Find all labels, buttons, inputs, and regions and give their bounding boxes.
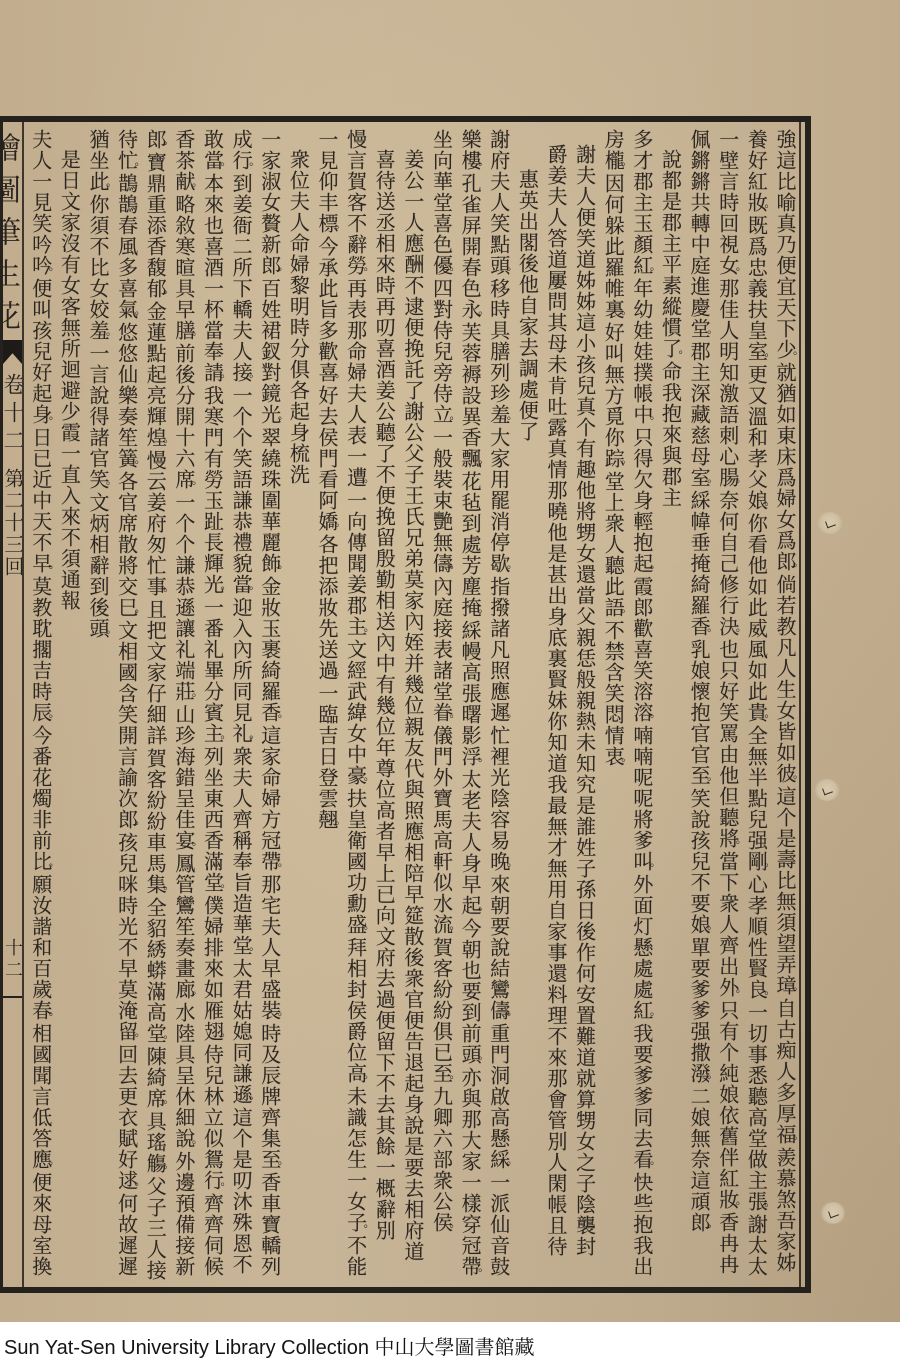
punctuation-circle: 。 bbox=[443, 1224, 454, 1226]
punctuation-circle: 。 bbox=[700, 777, 711, 779]
punctuation-circle: 。 bbox=[471, 311, 482, 313]
text-column: 待忙。鵲鵲春風多喜氣。悠悠仙樂奏笙簧。各官席散將交巳。文相國含笑開言諭次郎。孩兒… bbox=[112, 123, 141, 1287]
punctuation-circle: 。 bbox=[242, 947, 253, 949]
punctuation-circle: 。 bbox=[786, 775, 797, 777]
punctuation-circle: 。 bbox=[185, 991, 196, 993]
punctuation-circle: 。 bbox=[729, 1201, 740, 1203]
punctuation-circle: 。 bbox=[643, 267, 654, 269]
punctuation-circle: 。 bbox=[242, 735, 253, 737]
punctuation-circle: 。 bbox=[156, 1100, 167, 1102]
binding-hole bbox=[820, 1202, 846, 1224]
punctuation-circle: 。 bbox=[271, 565, 282, 567]
punctuation-circle: 。 bbox=[500, 267, 511, 269]
text-column: 惠英出閣後他自家去調處便了 bbox=[513, 123, 542, 1287]
frame-border-right-outer bbox=[805, 116, 811, 1293]
punctuation-circle: 。 bbox=[328, 374, 339, 376]
punctuation-circle: 。 bbox=[443, 1075, 454, 1077]
punctuation-circle: 。 bbox=[185, 332, 196, 334]
text-body: 強這比喻真乃便宜天下少。就猶如東床爲婦女爲郎。倘若教凡人生女皆如彼。這个是壽比無… bbox=[26, 123, 799, 1287]
text-column: 夫人一見笑吟吟。便叫孩兒好起身。日已近中天不早。莫教耽擱吉時辰。今番花燭非前比。… bbox=[26, 123, 55, 1287]
frame-border-bottom bbox=[0, 1287, 811, 1293]
punctuation-circle: 。 bbox=[643, 416, 654, 418]
punctuation-circle: 。 bbox=[185, 183, 196, 185]
punctuation-circle: 。 bbox=[128, 460, 139, 462]
punctuation-circle: 。 bbox=[214, 374, 225, 376]
text-column: 房櫳。因何躲此羅帷裏。好叫無方覓你踪。堂上衆人聽此語。不禁含笑悶情衷。 bbox=[599, 123, 628, 1287]
punctuation-circle: 。 bbox=[185, 1140, 196, 1142]
punctuation-circle: 。 bbox=[328, 523, 339, 525]
punctuation-circle: 。 bbox=[700, 628, 711, 630]
text-column: 強這比喻真乃便宜天下少。就猶如東床爲婦女爲郎。倘若教凡人生女皆如彼。這个是壽比無… bbox=[770, 123, 799, 1287]
punctuation-circle: 。 bbox=[443, 565, 454, 567]
text-column: 一家淑女贅新郎。百姓裙釵對鏡光。翠繞珠圍華麗飾。金妝玉裹綺羅香。這家命婦方冠帶。… bbox=[255, 123, 284, 1287]
center-strip: 繪圖筆生花 卷十二 第二十三回 十二 bbox=[3, 123, 22, 1287]
punctuation-circle: 。 bbox=[99, 183, 110, 185]
punctuation-circle: 。 bbox=[757, 714, 768, 716]
punctuation-circle: 。 bbox=[271, 416, 282, 418]
punctuation-circle: 。 bbox=[672, 350, 683, 352]
text-column: 衆位夫人命婦黎明時分俱各起身梳洗 bbox=[284, 123, 313, 1287]
punctuation-circle: 。 bbox=[500, 416, 511, 418]
punctuation-circle: 。 bbox=[156, 439, 167, 441]
punctuation-circle: 。 bbox=[357, 777, 368, 779]
punctuation-circle: 。 bbox=[42, 863, 53, 865]
frame-border-top bbox=[0, 116, 811, 122]
punctuation-circle: 。 bbox=[128, 1033, 139, 1035]
punctuation-circle: 。 bbox=[185, 481, 196, 483]
text-column: 香茶献。略敘寒暄具早膳。前後分開十六席。一个个謙恭遜讓礼端莊。山珍海錯呈佳宴。鳳… bbox=[169, 123, 198, 1287]
punctuation-circle: 。 bbox=[128, 821, 139, 823]
text-column: 養好紅妝。既爲忠義扶皇室。更又溫和孝父娘。你看他如此威風如此貴。全無半點兒强剛。… bbox=[742, 123, 771, 1287]
punctuation-circle: 。 bbox=[786, 987, 797, 989]
punctuation-circle: 。 bbox=[271, 714, 282, 716]
punctuation-circle: 。 bbox=[471, 907, 482, 909]
punctuation-circle: 。 bbox=[42, 1012, 53, 1014]
punctuation-circle: 。 bbox=[471, 758, 482, 760]
punctuation-circle: 。 bbox=[357, 926, 368, 928]
punctuation-circle: 。 bbox=[357, 1075, 368, 1077]
punctuation-circle: 。 bbox=[700, 1224, 711, 1226]
punctuation-circle: 。 bbox=[471, 460, 482, 462]
punctuation-circle: 。 bbox=[271, 1161, 282, 1163]
text-column: 佩鏘鏘共轉中庭進慶堂。郡主深藏慈母室。綵幃垂掩綺羅香。乳娘懷抱官官至。笑說孩兒不… bbox=[685, 123, 714, 1287]
punctuation-circle: 。 bbox=[214, 586, 225, 588]
punctuation-circle: 。 bbox=[643, 863, 654, 865]
punctuation-circle: 。 bbox=[500, 1012, 511, 1014]
punctuation-circle: 。 bbox=[328, 672, 339, 674]
punctuation-circle: 。 bbox=[42, 267, 53, 269]
punctuation-circle: 。 bbox=[242, 374, 253, 376]
punctuation-circle: 。 bbox=[757, 502, 768, 504]
punctuation-circle: 。 bbox=[729, 628, 740, 630]
punctuation-circle: 。 bbox=[643, 1012, 654, 1014]
punctuation-circle: 。 bbox=[42, 565, 53, 567]
text-column: 姜公一人應酬不逮便挽託了謝公父子王氏兄弟莫家內姪并幾位親友代與照應相陪早筵散後衆… bbox=[398, 123, 427, 1287]
text-column: 喜待送丞相來時再叨喜酒姜公聽了不便挽留殷勤相送內中有幾位年尊位高者早上已向文府去… bbox=[370, 123, 399, 1287]
frame-border-right-inner bbox=[799, 116, 801, 1293]
punctuation-circle: 。 bbox=[786, 1136, 797, 1138]
text-column: 是日文家沒有女客無所迴避少霞一直入來不須通報 bbox=[55, 123, 84, 1287]
punctuation-circle: 。 bbox=[242, 162, 253, 164]
punctuation-circle: 。 bbox=[328, 821, 339, 823]
punctuation-circle: 。 bbox=[500, 565, 511, 567]
chapter-label: 第二十三回 bbox=[3, 468, 22, 578]
punctuation-circle: 。 bbox=[643, 565, 654, 567]
punctuation-circle: 。 bbox=[185, 842, 196, 844]
punctuation-circle: 。 bbox=[214, 1033, 225, 1035]
punctuation-circle: 。 bbox=[214, 1182, 225, 1184]
punctuation-circle: 。 bbox=[471, 162, 482, 164]
punctuation-circle: 。 bbox=[471, 1056, 482, 1058]
punctuation-circle: 。 bbox=[42, 1161, 53, 1163]
punctuation-circle: 。 bbox=[128, 609, 139, 611]
text-column: 爵姜夫人答道屢問其母未肯吐露真情那曉他是甚出身底裏賢妹你知道我最無才無用自家事還… bbox=[541, 123, 570, 1287]
punctuation-circle: 。 bbox=[700, 1075, 711, 1077]
punctuation-circle: 。 bbox=[614, 609, 625, 611]
punctuation-circle: 。 bbox=[156, 737, 167, 739]
punctuation-circle: 。 bbox=[128, 311, 139, 313]
punctuation-circle: 。 bbox=[156, 141, 167, 143]
punctuation-circle: 。 bbox=[242, 1096, 253, 1098]
strip-rule bbox=[3, 996, 22, 998]
text-column: 成行。到姜衙二所下轎夫人接。一个个笑語謙恭禮貌當。迎入內所同見礼。衆夫人齊稱奉旨… bbox=[227, 123, 256, 1287]
punctuation-circle: 。 bbox=[729, 840, 740, 842]
punctuation-circle: 。 bbox=[786, 351, 797, 353]
punctuation-circle: 。 bbox=[99, 332, 110, 334]
text-column: 猶坐此。你須不比女姣羞。一言說得諸官笑。文炳相辭到後頭。 bbox=[83, 123, 112, 1287]
punctuation-circle: 。 bbox=[614, 162, 625, 164]
punctuation-circle: 。 bbox=[757, 204, 768, 206]
punctuation-circle: 。 bbox=[156, 1165, 167, 1167]
punctuation-circle: 。 bbox=[357, 628, 368, 630]
punctuation-circle: 。 bbox=[357, 267, 368, 269]
punctuation-circle: 。 bbox=[643, 714, 654, 716]
margin-book-title: 繪圖筆生花 bbox=[3, 132, 18, 342]
punctuation-circle: 。 bbox=[757, 863, 768, 865]
punctuation-circle: 。 bbox=[757, 353, 768, 355]
text-column: 敢當。本來也喜酒一杯當奉請。我寒門有勞玉趾長輝光。一番礼畢分賓主。列坐東西香滿堂… bbox=[198, 123, 227, 1287]
punctuation-circle: 。 bbox=[156, 588, 167, 590]
punctuation-circle: 。 bbox=[242, 586, 253, 588]
binding-hole bbox=[817, 512, 843, 534]
punctuation-circle: 。 bbox=[443, 416, 454, 418]
punctuation-circle: 。 bbox=[185, 693, 196, 695]
punctuation-circle: 。 bbox=[614, 460, 625, 462]
punctuation-circle: 。 bbox=[614, 311, 625, 313]
punctuation-circle: 。 bbox=[156, 886, 167, 888]
punctuation-circle: 。 bbox=[214, 884, 225, 886]
punctuation-circle: 。 bbox=[643, 1161, 654, 1163]
punctuation-circle: 。 bbox=[271, 267, 282, 269]
text-column: 一見仰丰標。今承此旨多歡喜。好去侯門看阿嬌。各把添妝先送過。一臨吉日登雲翹。 bbox=[312, 123, 341, 1287]
text-column: 一壁言時回視女。那佳人明知激語刺心腸。奈何自己修行決。也只好笑罵由他但聽將。當下… bbox=[713, 123, 742, 1287]
punctuation-circle: 。 bbox=[729, 267, 740, 269]
center-strip-divider bbox=[22, 116, 24, 1293]
punctuation-circle: 。 bbox=[500, 863, 511, 865]
text-column: 說都是郡主平素縱慣了。命我抱來與郡主 bbox=[656, 123, 685, 1287]
text-column: 樂樓。孔雀屏開春色永。芙蓉褥設異香飄。花毡到處芳塵掩。綵幔高張曙影浮。太老夫人身… bbox=[456, 123, 485, 1287]
punctuation-circle: 。 bbox=[757, 1203, 768, 1205]
punctuation-circle: 。 bbox=[729, 989, 740, 991]
text-column: 謝府夫人笑點頭。移時具膳列珍羞。大家用罷消停歇。指撥諸凡照應遲。忙裡光陰容易晚。… bbox=[484, 123, 513, 1287]
punctuation-circle: 。 bbox=[471, 1268, 482, 1270]
punctuation-circle: 。 bbox=[700, 330, 711, 332]
punctuation-circle: 。 bbox=[700, 479, 711, 481]
punctuation-circle: 。 bbox=[500, 1161, 511, 1163]
punctuation-circle: 。 bbox=[443, 714, 454, 716]
punctuation-circle: 。 bbox=[357, 479, 368, 481]
punctuation-circle: 。 bbox=[271, 1012, 282, 1014]
binding-hole bbox=[814, 779, 840, 801]
punctuation-circle: 。 bbox=[99, 481, 110, 483]
text-column: 郎。寶鼎重添香馥郁。金蓮點起亮輝煌。慢云姜府匆忙事。且把文家仔細詳。賀客紛紛車馬… bbox=[141, 123, 170, 1287]
punctuation-circle: 。 bbox=[42, 416, 53, 418]
punctuation-circle: 。 bbox=[128, 1182, 139, 1184]
punctuation-circle: 。 bbox=[471, 609, 482, 611]
text-column: 慢言賀客不辭勞。再表那命婦夫人表一遭。一向傳聞姜郡主。文經武緯女中豪。扶皇衛國功… bbox=[341, 123, 370, 1287]
punctuation-circle: 。 bbox=[271, 863, 282, 865]
punctuation-circle: 。 bbox=[214, 162, 225, 164]
punctuation-circle: 。 bbox=[443, 267, 454, 269]
punctuation-circle: 。 bbox=[156, 290, 167, 292]
punctuation-circle: 。 bbox=[156, 1035, 167, 1037]
punctuation-circle: 。 bbox=[729, 479, 740, 481]
punctuation-circle: 。 bbox=[99, 630, 110, 632]
punctuation-circle: 。 bbox=[443, 926, 454, 928]
punctuation-circle: 。 bbox=[214, 735, 225, 737]
punctuation-circle: 。 bbox=[357, 1224, 368, 1226]
punctuation-circle: 。 bbox=[614, 758, 625, 760]
volume-label: 卷十二 bbox=[3, 373, 22, 457]
punctuation-circle: 。 bbox=[42, 714, 53, 716]
punctuation-circle: 。 bbox=[786, 563, 797, 565]
punctuation-circle: 。 bbox=[757, 991, 768, 993]
text-column: 多才郡主玉顏紅。年幼娃娃撲帳中。只得欠身輕抱起。霞郎歡喜笑溶溶。喃喃呢呢將爹叫。… bbox=[627, 123, 656, 1287]
punctuation-circle: 。 bbox=[700, 926, 711, 928]
text-column: 謝夫人便笑道姊姊這小孩兒真个有趣他將甥女還當父親恁般親熱未知究是誰姓子孫日後作何… bbox=[570, 123, 599, 1287]
punctuation-circle: 。 bbox=[500, 714, 511, 716]
punctuation-circle: 。 bbox=[328, 225, 339, 227]
collection-caption: Sun Yat-Sen University Library Collectio… bbox=[4, 1331, 535, 1360]
punctuation-circle: 。 bbox=[128, 162, 139, 164]
text-column: 坐向華堂喜色優。四對侍兒旁侍立。一般裝束艷無儔。內庭接表諸堂眷。儀門外寶馬高軒似… bbox=[427, 123, 456, 1287]
page-number: 十二 bbox=[3, 938, 22, 982]
fishtail-mark-icon bbox=[3, 340, 22, 364]
